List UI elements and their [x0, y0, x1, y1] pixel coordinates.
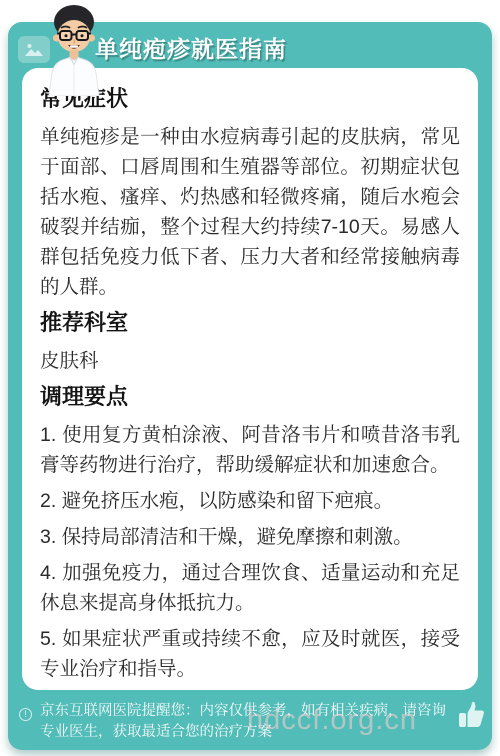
care-item: 2. 避免挤压水疱，以防感染和留下疤痕。	[40, 486, 460, 516]
info-icon: !	[19, 708, 32, 721]
thumbs-up-icon[interactable]	[457, 700, 487, 732]
watermark: hdccf.org.cn	[247, 704, 417, 737]
symptoms-paragraph: 单纯疱疹是一种由水痘病毒引起的皮肤病，常见于面部、口唇周围和生殖器等部位。初期症…	[40, 122, 460, 302]
care-item: 1. 使用复方黄柏涂液、阿昔洛韦片和喷昔洛韦乳膏等药物进行治疗，帮助缓解症状和加…	[40, 420, 460, 480]
department-value: 皮肤科	[40, 346, 460, 376]
section-heading-care: 调理要点	[40, 382, 460, 412]
care-item: 4. 加强免疫力，通过合理饮食、适量运动和充足休息来提高身体抵抗力。	[40, 558, 460, 618]
care-item: 3. 保持局部清洁和干燥，避免摩擦和刺激。	[40, 522, 460, 552]
doctor-avatar	[30, 0, 118, 96]
care-item: 5. 如果症状严重或持续不愈，应及时就医，接受专业治疗和指导。	[40, 624, 460, 684]
section-heading-department: 推荐科室	[40, 308, 460, 338]
page-title: 单纯疱疹就医指南	[95, 31, 287, 64]
content-card: 常见症状 单纯疱疹是一种由水痘病毒引起的皮肤病，常见于面部、口唇周围和生殖器等部…	[22, 68, 478, 690]
